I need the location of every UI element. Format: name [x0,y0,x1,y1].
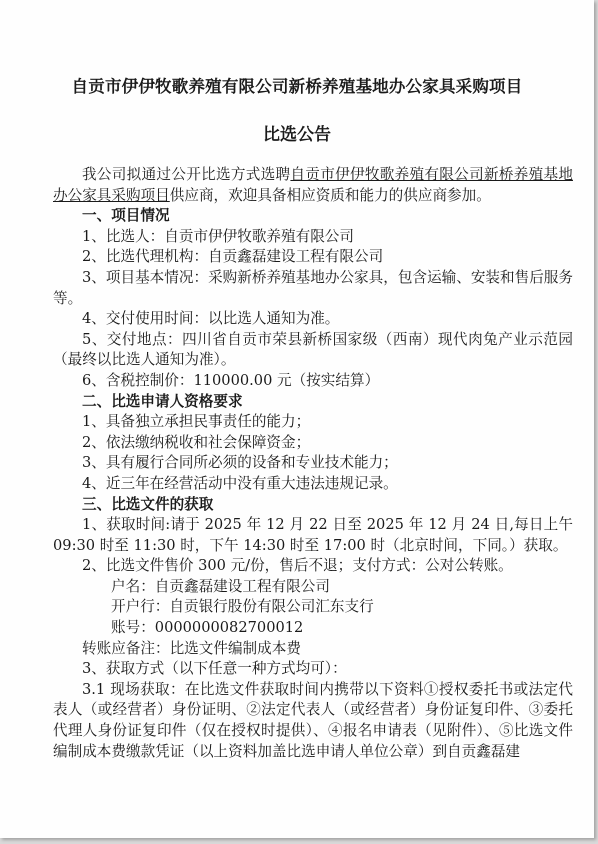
account-name: 户名：自贡鑫磊建设工程有限公司 [53,577,573,598]
section-heading-1: 一、项目情况 [53,206,573,227]
section2-item: 4、近三年在经营活动中没有重大违法违规记录。 [53,474,573,495]
account-bank: 开户行：自贡银行股份有限公司汇东支行 [53,597,573,618]
transfer-remark: 转账应备注：比选文件编制成本费 [53,639,573,660]
document-title: 自贡市伊伊牧歌养殖有限公司新桥养殖基地办公家具采购项目 [0,73,594,97]
document-body: 我公司拟通过公开比选方式选聘自贡市伊伊牧歌养殖有限公司新桥养殖基地办公家具采购项… [53,165,573,762]
section-heading-3: 三、比选文件的获取 [53,495,573,516]
intro-prefix: 我公司拟通过公开比选方式选聘 [82,166,290,183]
section3-item-method: 3、获取方式（以下任意一种方式均可）： [53,659,573,680]
section1-item: 3、项目基本情况：采购新桥养殖基地办公家具，包含运输、安装和售后服务等。 [53,268,573,309]
section2-item: 3、具有履行合同所必须的设备和专业技术能力； [53,453,573,474]
section1-item: 4、交付使用时间：以比选人通知为准。 [53,309,573,330]
document-page: 自贡市伊伊牧歌养殖有限公司新桥养殖基地办公家具采购项目 比选公告 我公司拟通过公… [0,0,594,838]
section-heading-2: 二、比选申请人资格要求 [53,392,573,413]
intro-suffix: 供应商，欢迎具备相应资质和能力的供应商参加。 [170,187,491,204]
section3-item-onsite: 3.1 现场获取：在比选文件获取时间内携带以下资料①授权委托书或法定代表人（或经… [53,680,573,762]
section2-item: 1、具备独立承担民事责任的能力； [53,412,573,433]
section2-item: 2、依法缴纳税收和社会保障资金； [53,433,573,454]
section3-item-price: 2、比选文件售价 300 元/份，售后不退；支付方式：公对公转账。 [53,556,573,577]
section3-item-acquire-time: 1、获取时间:请于 2025 年 12 月 22 日至 2025 年 12 月 … [53,515,573,556]
document-subtitle: 比选公告 [0,120,594,145]
intro-paragraph: 我公司拟通过公开比选方式选聘自贡市伊伊牧歌养殖有限公司新桥养殖基地办公家具采购项… [53,165,573,206]
section1-item: 5、交付地点：四川省自贡市荣县新桥国家级（西南）现代肉兔产业示范园（最终以比选人… [53,330,573,371]
account-number: 账号：0000000082700012 [53,618,573,639]
section1-item: 1、比选人：自贡市伊伊牧歌养殖有限公司 [53,227,573,248]
section1-item: 2、比选代理机构：自贡鑫磊建设工程有限公司 [53,247,573,268]
section1-item: 6、含税控制价：110000.00 元（按实结算） [53,371,573,392]
